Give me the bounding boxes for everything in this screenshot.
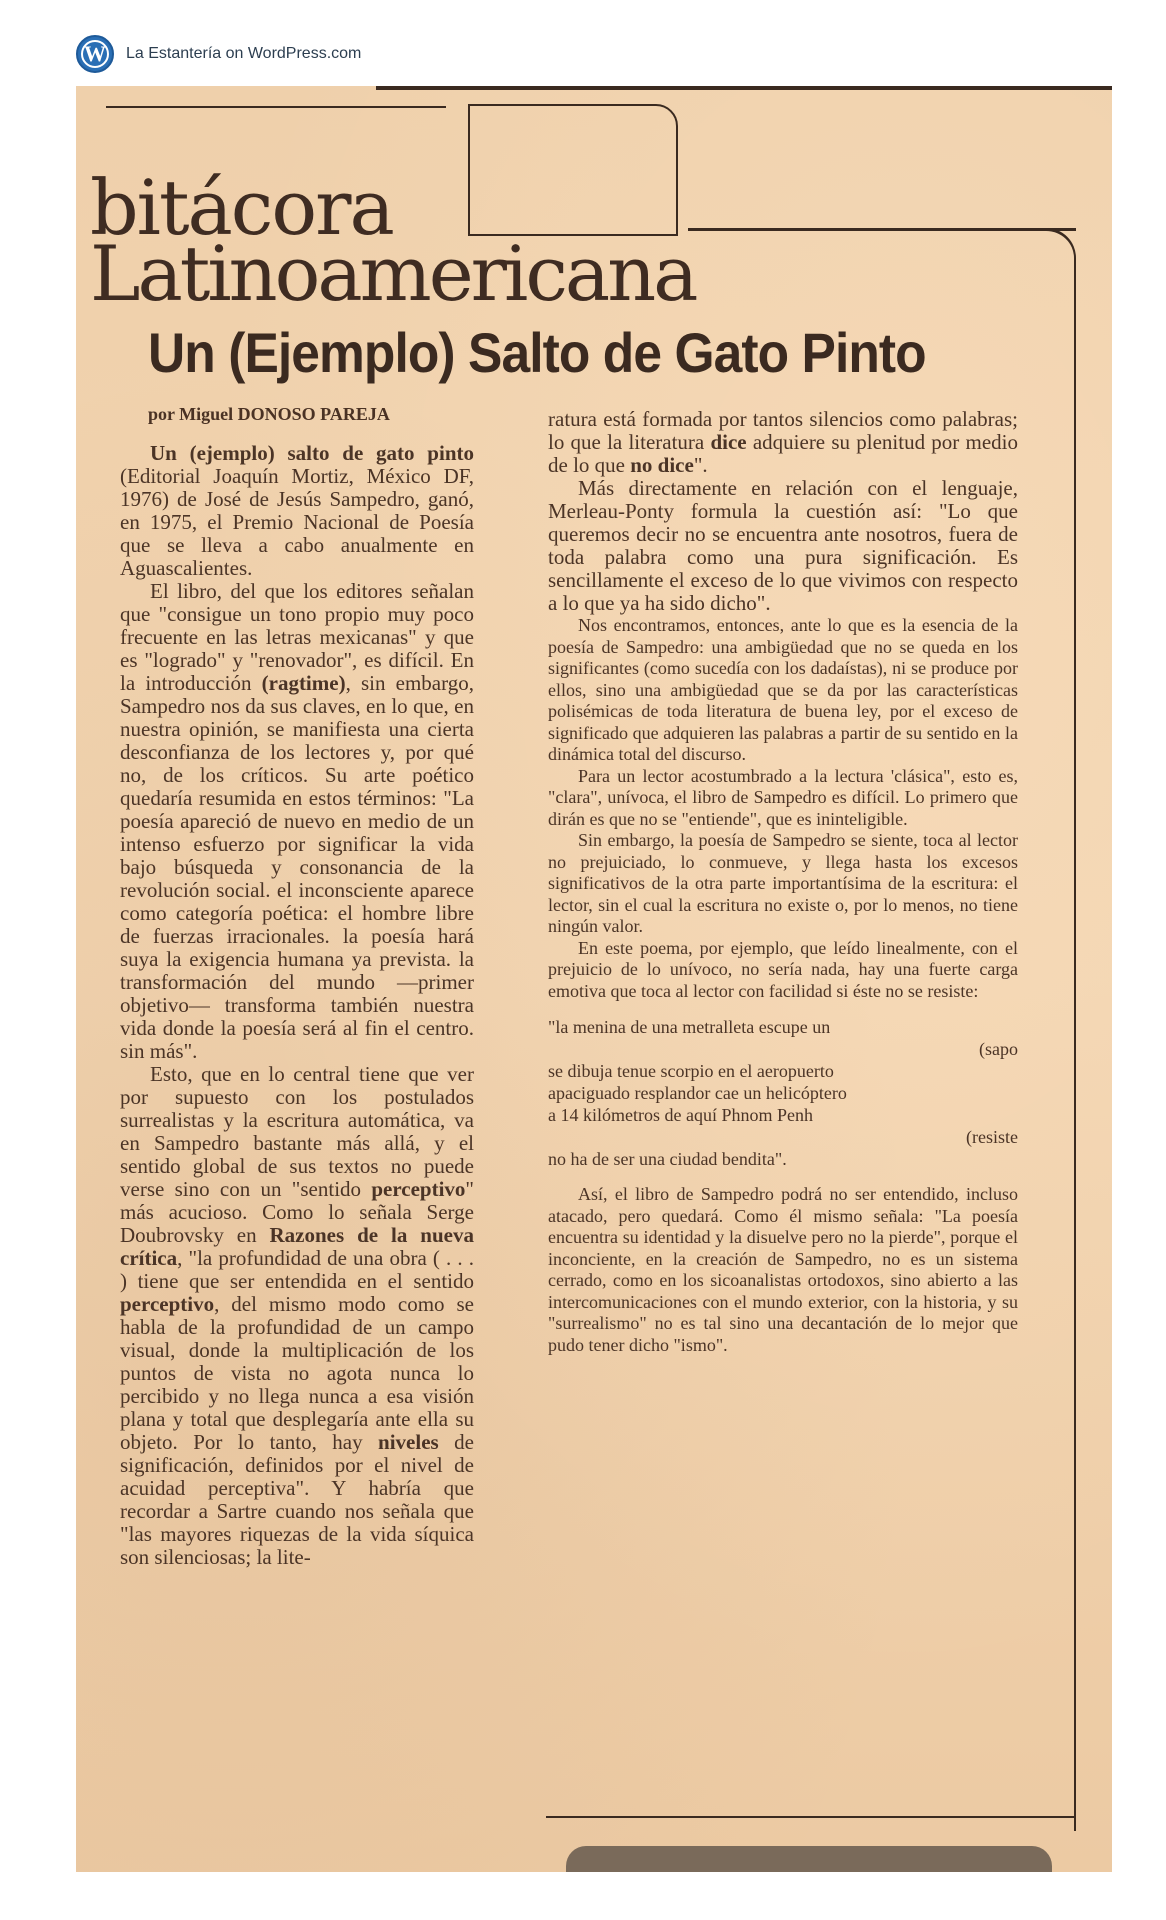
- paragraph: Para un lector acostumbrado a la lectura…: [548, 766, 1018, 831]
- poem-line: (sapo: [548, 1038, 1018, 1060]
- article-byline: por Miguel DONOSO PAREJA: [148, 404, 390, 425]
- paragraph: Nos encontramos, entonces, ante lo que e…: [548, 615, 1018, 766]
- paragraph: ratura está formada por tantos silencios…: [548, 408, 1018, 477]
- site-name-link[interactable]: La Estantería on WordPress.com: [126, 45, 361, 63]
- poem-line: "la menina de una metralleta escupe un: [548, 1016, 1018, 1038]
- poem-quote: "la menina de una metralleta escupe un (…: [548, 1016, 1018, 1170]
- torn-edge-strip: [566, 1846, 1052, 1872]
- poem-line: (resiste: [548, 1126, 1018, 1148]
- paragraph: El libro, del que los editores señalan q…: [120, 580, 474, 1063]
- paragraph: Más directamente en relación con el leng…: [548, 477, 1018, 615]
- bold-term: dice: [710, 430, 746, 454]
- right-frame-border: [1044, 228, 1076, 1831]
- header-box-frame: [468, 104, 678, 236]
- bold-term: perceptivo: [120, 1292, 214, 1316]
- middle-rule: [688, 228, 1076, 231]
- paragraph-text: ".: [694, 453, 708, 477]
- paragraph-text: , sin embargo, Sampedro nos da sus clave…: [120, 671, 474, 1063]
- article-title: Un (Ejemplo) Salto de Gato Pinto: [148, 320, 926, 385]
- poem-line: se dibuja tenue scorpio en el aeropuerto: [548, 1060, 1018, 1082]
- bold-lead: Un (ejemplo) salto de gato pinto: [150, 441, 474, 465]
- small-type-section: Nos encontramos, entonces, ante lo que e…: [548, 615, 1018, 1356]
- section-masthead-line2: Latinoamericana: [90, 236, 695, 312]
- newspaper-clipping: bitácora Latinoamericana Un (Ejemplo) Sa…: [76, 86, 1112, 1872]
- paragraph: En este poema, por ejemplo, que leído li…: [548, 938, 1018, 1003]
- closing-paragraph: Así, el libro de Sampedro podrá no ser e…: [548, 1184, 1018, 1356]
- bold-term: perceptivo: [371, 1177, 465, 1201]
- right-column: ratura está formada por tantos silencios…: [548, 408, 1018, 1356]
- bottom-rule: [546, 1816, 1076, 1818]
- bold-term: (ragtime): [262, 671, 346, 695]
- poem-line: apaciguado resplandor cae un helicóptero: [548, 1082, 1018, 1104]
- left-column: Un (ejemplo) salto de gato pinto (Editor…: [120, 442, 474, 1569]
- header-rule: [106, 106, 446, 108]
- paragraph: Un (ejemplo) salto de gato pinto (Editor…: [120, 442, 474, 580]
- site-header: W La Estantería on WordPress.com: [76, 34, 361, 74]
- paragraph: Esto, que en lo central tiene que ver po…: [120, 1063, 474, 1569]
- bold-term: niveles: [378, 1430, 439, 1454]
- paragraph: Sin embargo, la poesía de Sampedro se si…: [548, 830, 1018, 938]
- bold-term: no dice: [630, 453, 694, 477]
- poem-line: no ha de ser una ciudad bendita".: [548, 1148, 1018, 1170]
- poem-line: a 14 kilómetros de aquí Phnom Penh: [548, 1104, 1018, 1126]
- wordpress-logo-icon[interactable]: W: [76, 35, 114, 73]
- top-rule: [376, 86, 1112, 90]
- paragraph-text: (Editorial Joaquín Mortiz, México DF, 19…: [120, 464, 474, 580]
